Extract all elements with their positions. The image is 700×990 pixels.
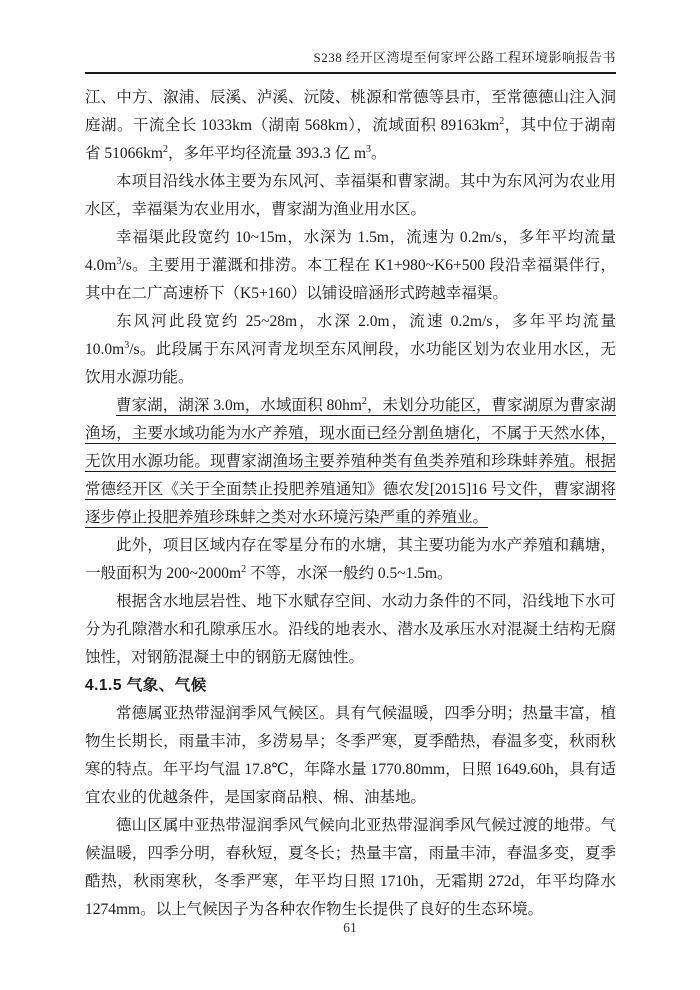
paragraph-xingfu-canal: 幸福渠此段宽约 10~15m，水深为 1.5m，流速为 0.2m/s，多年平均流… [85, 224, 616, 308]
page-number: 61 [343, 920, 357, 935]
paragraph-water-bodies-overview: 本项目沿线水体主要为东风河、幸福渠和曹家湖。其中为东风河为农业用水区，幸福渠为农… [85, 168, 616, 224]
page-header-title: S238 经开区湾堤至何家坪公路工程环境影响报告书 [314, 50, 616, 65]
paragraph-river-continuation: 江、中方、溆浦、辰溪、泸溪、沅陵、桃源和常德等县市，至常德德山注入洞庭湖。干流全… [85, 84, 616, 168]
paragraph-groundwater: 根据含水地层岩性、地下水赋存空间、水动力条件的不同，沿线地下水可分为孔隙潜水和孔… [85, 588, 616, 672]
paragraph-scattered-ponds: 此外，项目区域内存在零星分布的水塘，其主要功能为水产养殖和藕塘，一般面积为 20… [85, 532, 616, 588]
run-text: 根据含水地层岩性、地下水赋存空间、水动力条件的不同，沿线地下水可分为孔隙潜水和孔… [85, 593, 616, 666]
run-text: /s。此段属于东风河青龙坝至东风闸段，水功能区划为农业用水区，无饮用水源功能。 [85, 341, 616, 386]
section-heading-4-1-5: 4.1.5 气象、气候 [85, 672, 616, 700]
paragraph-changde-climate: 常德属亚热带湿润季风气候区。具有气候温暖，四季分明；热量丰富，植物生长期长，雨量… [85, 700, 616, 812]
run-text: /s。主要用于灌溉和排涝。本工程在 K1+980~K6+500 段沿幸福渠伴行，… [85, 257, 616, 302]
page-footer: 61 [0, 920, 700, 936]
paragraph-dongfeng-river: 东风河此段宽约 25~28m，水深 2.0m，流速 0.2m/s，多年平均流量 … [85, 308, 616, 392]
run-text: 曹家湖，湖深 3.0m，水域面积 80hm [116, 397, 362, 414]
run-text: 不等，水深一般约 0.5~1.5m。 [246, 565, 452, 582]
run-text: 常德属亚热带湿润季风气候区。具有气候温暖，四季分明；热量丰富，植物生长期长，雨量… [85, 705, 616, 806]
run-text: ，未划分功能区，曹家湖原为曹家湖渔场，主要水域功能为水产养殖，现水面已经分割鱼塘… [85, 397, 616, 526]
document-body: 江、中方、溆浦、辰溪、泸溪、沅陵、桃源和常德等县市，至常德德山注入洞庭湖。干流全… [85, 84, 616, 924]
paragraph-caojia-lake-underlined: 曹家湖，湖深 3.0m，水域面积 80hm2，未划分功能区，曹家湖原为曹家湖渔场… [85, 392, 616, 532]
run-text: 。 [371, 145, 387, 162]
run-text: 本项目沿线水体主要为东风河、幸福渠和曹家湖。其中为东风河为农业用水区，幸福渠为农… [85, 173, 616, 218]
paragraph-deshan-climate: 德山区属中亚热带湿润季风气候向北亚热带湿润季风气候过渡的地带。气候温暖，四季分明… [85, 812, 616, 924]
run-text: 德山区属中亚热带湿润季风气候向北亚热带湿润季风气候过渡的地带。气候温暖，四季分明… [85, 817, 616, 918]
page-header: S238 经开区湾堤至何家坪公路工程环境影响报告书 [85, 48, 616, 74]
run-text: ，多年平均径流量 393.3 亿 m [168, 145, 366, 162]
run-text: 4.1.5 气象、气候 [85, 677, 207, 694]
